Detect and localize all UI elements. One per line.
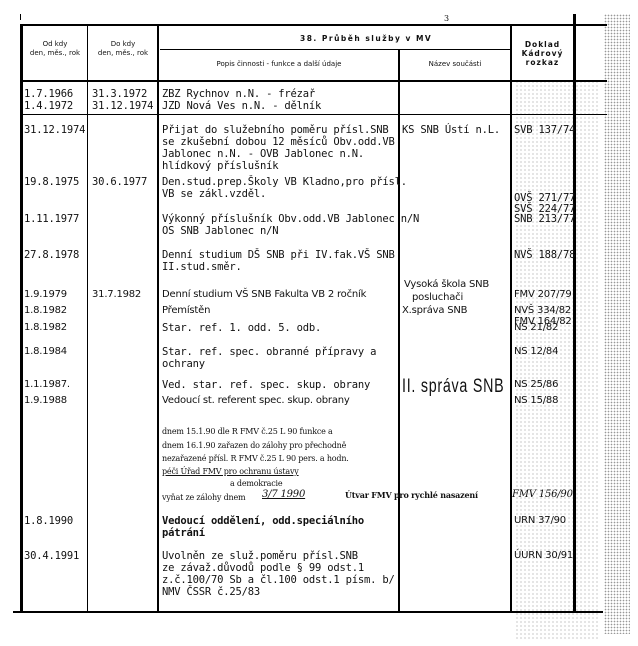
row-from-date: 1.4.1972	[24, 100, 73, 112]
row-doc-ref: NVŠ 188/78	[514, 249, 575, 261]
corner-mark	[20, 14, 21, 20]
row-description-line: ZBZ Rychnov n.N. - frézař	[162, 88, 315, 100]
stamp-line-6: vyňat ze zálohy dnem	[162, 492, 245, 504]
header-to: Do kdy den, měs., rok	[89, 40, 157, 58]
stamp-line-4: péči Úřad FMV pro ochranu ústavy	[162, 466, 299, 478]
stamp-unit: Útvar FMV pro rychlé nasazení	[345, 489, 478, 501]
row-from-date: 1.11.1977	[24, 213, 79, 225]
row-description-line: Jablonec n.N. - OVB Jablonec n.N.	[162, 148, 364, 160]
page-marker: 3	[444, 13, 449, 25]
row-doc-ref: URN 37/90	[514, 515, 566, 527]
row-description-line: NMV ČSSR č.25/83	[162, 586, 260, 598]
row-description-line: hlídkový příslušník	[162, 160, 278, 172]
row-description-line: pátrání	[162, 527, 205, 539]
header-from: Od kdy den, měs., rok	[24, 40, 86, 58]
row-description-line: Star. ref. spec. obranné přípravy a	[162, 346, 376, 358]
row-unit: Vysoká škola SNB	[404, 279, 489, 291]
row-description-line: Uvolněn ze služ.poměru přísl.SNB	[162, 550, 358, 562]
row-from-date: 1.8.1982	[24, 322, 67, 334]
row-from-date: 1.7.1966	[24, 88, 73, 100]
row-divider	[20, 114, 607, 115]
table-bottom-border	[13, 611, 603, 613]
section-title: 38. Průběh služby v MV	[300, 34, 500, 43]
row-description-line: VB se zákl.vzděl.	[162, 188, 266, 200]
row-description-line: Přemístěn	[162, 305, 210, 317]
row-unit: posluchači	[412, 292, 463, 304]
row-from-date: 1.8.1984	[24, 346, 67, 358]
header-bottom-border	[20, 80, 607, 82]
stamp-doc-ref: FMV 156/90	[512, 489, 573, 501]
row-to-date: 31.3.1972	[92, 88, 147, 100]
row-description-line: II.stud.směr.	[162, 261, 242, 273]
table-left-border	[20, 24, 23, 612]
stamp-line-2: dnem 16.1.90 zařazen do zálohy pro přech…	[162, 440, 346, 452]
row-from-date: 1.9.1979	[24, 289, 67, 301]
row-doc-ref: FMV 207/79	[514, 289, 572, 301]
row-description-line: Ved. star. ref. spec. skup. obrany	[162, 379, 370, 391]
stamp-handwritten-date: 3/7 1990	[262, 489, 305, 501]
scanned-document-page: 3 Od kdy den, měs., rok Do kdy den, měs.…	[0, 0, 638, 646]
row-description-line: z.č.100/70 Sb a čl.100 odst.1 písm. b/	[162, 574, 395, 586]
stamp-line-3: nezařazené přísl. R FMV č.25 L 90 pers. …	[162, 453, 349, 465]
table-right-border	[573, 14, 576, 612]
row-doc-ref: NS 12/84	[514, 346, 558, 358]
row-description-line: Vedoucí st. referent spec. skup. obrany	[162, 395, 350, 407]
row-description-line: JZD Nová Ves n.N. - dělník	[162, 100, 321, 112]
header-description: Popis činnosti - funkce a další údaje	[160, 60, 398, 69]
row-unit: II. správa SNB	[402, 381, 504, 393]
table-top-border	[20, 24, 607, 26]
row-doc-ref: SVB 137/74	[514, 124, 575, 136]
row-description-line: se zkušební dobou 12 měsíců Obv.odd.VB	[162, 136, 395, 148]
row-doc-ref: NS 25/86	[514, 379, 558, 391]
row-to-date: 31.7.1982	[92, 289, 141, 301]
row-description-line: Star. ref. 1. odd. 5. odb.	[162, 322, 321, 334]
col-divider-2	[157, 24, 159, 612]
row-from-date: 1.8.1990	[24, 515, 73, 527]
row-from-date: 1.8.1982	[24, 305, 67, 317]
row-unit: KS SNB Ústí n.L.	[402, 124, 500, 136]
row-description-line: Den.stud.prep.Školy VB Kladno,pro přísl.	[162, 176, 407, 188]
header-doc: Doklad Kádrový rozkaz	[512, 40, 573, 67]
row-description-line: OS SNB Jablonec n/N	[162, 225, 278, 237]
stamp-line-1: dnem 15.1.90 dle R FMV č.25 L 90 funkce …	[162, 426, 333, 438]
row-doc-ref: ÚURN 30/91	[514, 550, 573, 562]
row-from-date: 1.1.1987.	[24, 379, 70, 391]
subheader-divider	[160, 49, 510, 50]
header-unit: Název součásti	[400, 60, 510, 69]
row-from-date: 1.9.1988	[24, 395, 67, 407]
col-divider-3	[398, 49, 400, 612]
row-unit: X.správa SNB	[402, 305, 467, 317]
col-divider-1	[87, 24, 88, 612]
row-description-line: ochrany	[162, 358, 205, 370]
row-doc-ref: NS 21/82	[514, 322, 558, 334]
row-description-line: Přijat do služebního poměru přísl.SNB	[162, 124, 389, 136]
row-from-date: 19.8.1975	[24, 176, 79, 188]
row-description-line: ze závaž.důvodů podle § 99 odst.1	[162, 562, 364, 574]
scan-edge-noise	[604, 14, 630, 634]
row-description-line: Denní studium VŠ SNB Fakulta VB 2 ročník	[162, 289, 366, 301]
row-from-date: 31.12.1974	[24, 124, 85, 136]
row-description-line: Výkonný příslušník Obv.odd.VB Jablonec n…	[162, 213, 419, 225]
col-divider-4	[510, 24, 512, 612]
row-to-date: 30.6.1977	[92, 176, 147, 188]
row-to-date: 31.12.1974	[92, 100, 153, 112]
row-from-date: 30.4.1991	[24, 550, 79, 562]
row-description-line: Vedoucí oddělení, odd.speciálního	[162, 515, 364, 527]
row-description-line: Denní studium DŠ SNB při IV.fak.VŠ SNB	[162, 249, 395, 261]
row-doc-ref: NS 15/88	[514, 395, 558, 407]
row-from-date: 27.8.1978	[24, 249, 79, 261]
row-doc-ref: SNB 213/77	[514, 213, 575, 225]
